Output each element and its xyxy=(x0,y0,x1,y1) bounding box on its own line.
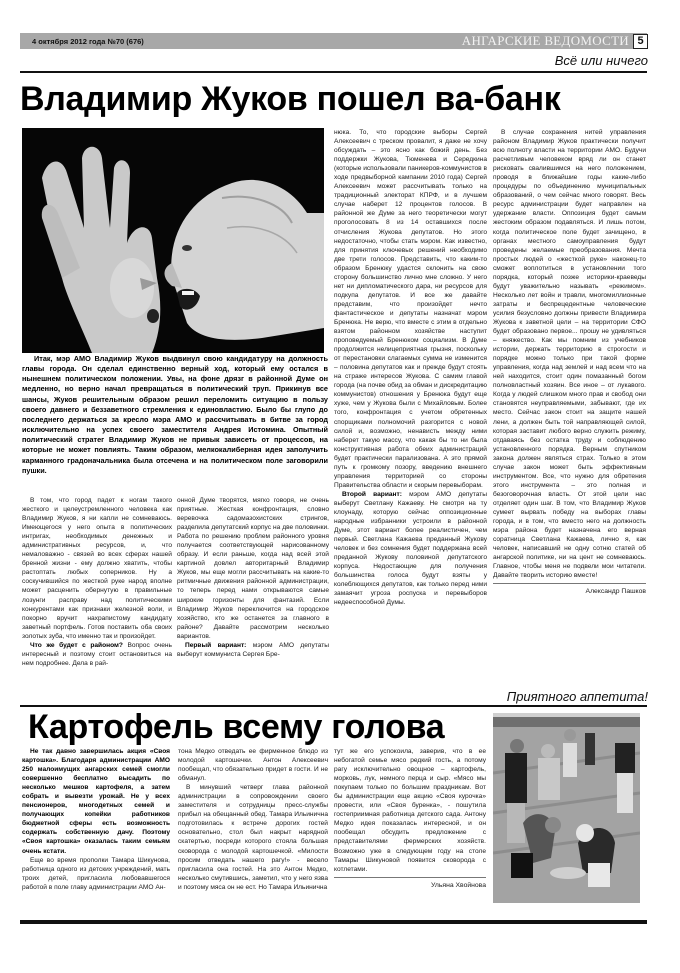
article2-column-1: Не так давно завершилась акция «Своя кар… xyxy=(22,747,170,892)
body-paragraph-variant1: Первый вариант: мэром АМО депутаты выбер… xyxy=(177,641,329,659)
article2-photo xyxy=(493,713,640,903)
body-paragraph: Еще во время прополки Тамара Шикунова, р… xyxy=(22,856,170,892)
body-paragraph: тут же его успокоила, заверив, что в ее … xyxy=(334,747,486,874)
article1-photo xyxy=(22,128,324,353)
article2-column-2: тона Медко отведать ее фирменное блюдо и… xyxy=(178,747,328,892)
article2-rubric-rule xyxy=(20,705,647,707)
article2-column-3: тут же его успокоила, заверив, что в ее … xyxy=(334,747,486,890)
page-bottom-rule xyxy=(20,920,647,924)
article1-headline: Владимир Жуков пошел ва-банк xyxy=(20,80,650,119)
masthead-right: Ангарские ведомости 5 xyxy=(462,33,647,49)
article2-lead: Не так давно завершилась акция «Своя кар… xyxy=(22,747,170,856)
body-paragraph: В том, что город падет к ногам такого же… xyxy=(22,496,172,641)
article2-rubric: Приятного аппетита! xyxy=(507,689,648,704)
article1-column-4: В случае сохранения нитей управления рай… xyxy=(493,128,646,596)
article2-author: Ульяна Хвойнова xyxy=(334,877,486,890)
body-paragraph-question: Что же будет с районом? Вопрос очень инт… xyxy=(22,641,172,668)
body-paragraph: В минувший четверг глава районной админи… xyxy=(178,783,328,892)
article1-rubric: Всё или ничего xyxy=(555,53,648,68)
article1-author: Александр Пашков xyxy=(493,583,646,596)
newspaper-name: Ангарские ведомости xyxy=(462,33,629,49)
masthead-bar: 4 октября 2012 года №70 (676) Ангарские … xyxy=(20,33,647,49)
subhead-variant2: Второй вариант: xyxy=(342,491,402,498)
article1-lead-paragraph: Итак, мэр АМО Владимир Жуков выдвинул св… xyxy=(22,354,328,476)
potato-harvest-illustration xyxy=(493,713,640,903)
body-paragraph: онной Думе творятся, мягко говоря, не оч… xyxy=(177,496,329,641)
fist-faces-illustration xyxy=(22,128,324,353)
article1-column-3: нюка. То, что городские выборы Сергей Ал… xyxy=(334,128,487,607)
lead-text: Итак, мэр АМО Владимир Жуков выдвинул св… xyxy=(22,354,328,476)
article1-rubric-rule xyxy=(20,71,647,73)
article1-column-2: онной Думе творятся, мягко говоря, не оч… xyxy=(177,496,329,659)
body-paragraph: тона Медко отведать ее фирменное блюдо и… xyxy=(178,747,328,783)
article1-column-1: В том, что город падет к ногам такого же… xyxy=(22,496,172,668)
subhead-variant1: Первый вариант: xyxy=(185,642,246,649)
page-number: 5 xyxy=(633,34,648,49)
body-paragraph-variant2: Второй вариант: мэром АМО депутаты выбер… xyxy=(334,490,487,608)
body-paragraph: В случае сохранения нитей управления рай… xyxy=(493,128,646,580)
body-paragraph: нюка. То, что городские выборы Сергей Ал… xyxy=(334,128,487,490)
subhead-question: Что же будет с районом? xyxy=(30,642,123,649)
article2-headline: Картофель всему голова xyxy=(28,708,488,747)
issue-date: 4 октября 2012 года №70 (676) xyxy=(20,37,144,46)
